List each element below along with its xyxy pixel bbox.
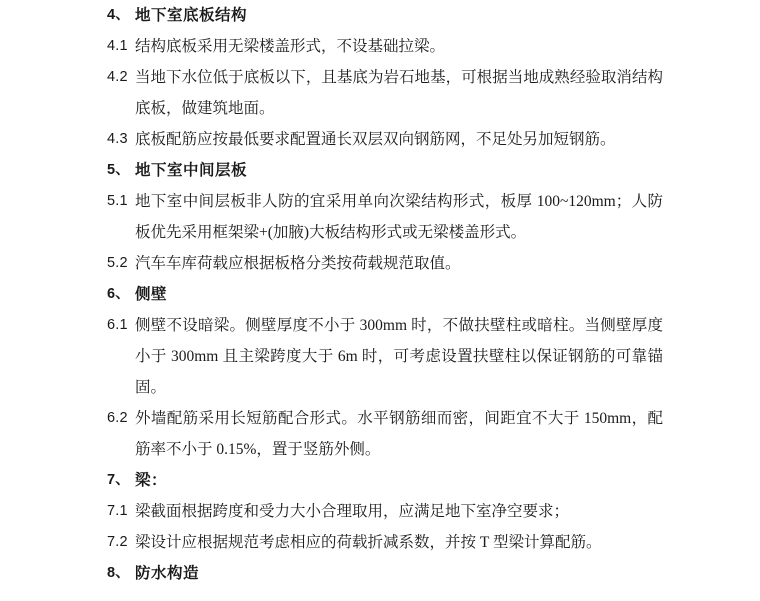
section-title: 地下室中间层板 (135, 155, 663, 186)
clause-row: 5.1地下室中间层板非人防的宜采用单向次梁结构形式，板厚 100~120mm；人… (107, 186, 663, 248)
clause-number: 6.1 (107, 310, 135, 341)
clause-number: 6.2 (107, 403, 135, 434)
section-heading: 8、防水构造 (107, 558, 663, 589)
section-title: 地下室底板结构 (135, 0, 663, 31)
clause-row: 4.2当地下水位低于底板以下，且基底为岩石地基，可根据当地成熟经验取消结构底板，… (107, 62, 663, 124)
clause-number: 5.2 (107, 248, 135, 279)
clause-number: 4.1 (107, 31, 135, 62)
section-number: 8、 (107, 558, 135, 589)
clause-row: 6.1侧壁不设暗梁。侧壁厚度不小于 300mm 时，不做扶壁柱或暗柱。当侧壁厚度… (107, 310, 663, 403)
clause-text: 地下室中间层板非人防的宜采用单向次梁结构形式，板厚 100~120mm；人防板优… (135, 186, 663, 248)
clause-text: 汽车车库荷载应根据板格分类按荷载规范取值。 (135, 248, 663, 279)
clause-row: 6.2外墙配筋采用长短筋配合形式。水平钢筋细而密，间距宜不大于 150mm，配筋… (107, 403, 663, 465)
clause-number: 7.1 (107, 496, 135, 527)
section-title: 侧壁 (135, 279, 663, 310)
clause-text: 侧壁不设暗梁。侧壁厚度不小于 300mm 时，不做扶壁柱或暗柱。当侧壁厚度小于 … (135, 310, 663, 403)
section-heading: 5、地下室中间层板 (107, 155, 663, 186)
clause-text: 梁截面根据跨度和受力大小合理取用，应满足地下室净空要求； (135, 496, 663, 527)
clause-row: 4.1结构底板采用无梁楼盖形式，不设基础拉梁。 (107, 31, 663, 62)
section-title: 防水构造 (135, 558, 663, 589)
section-number: 4、 (107, 0, 135, 31)
clause-row: 7.1梁截面根据跨度和受力大小合理取用，应满足地下室净空要求； (107, 496, 663, 527)
section-number: 7、 (107, 465, 135, 496)
clause-row: 7.2梁设计应根据规范考虑相应的荷载折减系数，并按 T 型梁计算配筋。 (107, 527, 663, 558)
clause-number: 7.2 (107, 527, 135, 558)
document-page: 4、地下室底板结构4.1结构底板采用无梁楼盖形式，不设基础拉梁。4.2当地下水位… (0, 0, 760, 601)
clause-text: 结构底板采用无梁楼盖形式，不设基础拉梁。 (135, 31, 663, 62)
clause-number: 4.3 (107, 124, 135, 155)
section-heading: 6、侧壁 (107, 279, 663, 310)
section-heading: 7、梁： (107, 465, 663, 496)
section-title: 梁： (135, 465, 663, 496)
clause-row: 5.2汽车车库荷载应根据板格分类按荷载规范取值。 (107, 248, 663, 279)
clause-text: 底板配筋应按最低要求配置通长双层双向钢筋网，不足处另加短钢筋。 (135, 124, 663, 155)
clause-number: 5.1 (107, 186, 135, 217)
section-number: 6、 (107, 279, 135, 310)
section-number: 5、 (107, 155, 135, 186)
clause-text: 梁设计应根据规范考虑相应的荷载折减系数，并按 T 型梁计算配筋。 (135, 527, 663, 558)
clause-row: 4.3底板配筋应按最低要求配置通长双层双向钢筋网，不足处另加短钢筋。 (107, 124, 663, 155)
document-content: 4、地下室底板结构4.1结构底板采用无梁楼盖形式，不设基础拉梁。4.2当地下水位… (107, 0, 663, 589)
section-heading: 4、地下室底板结构 (107, 0, 663, 31)
clause-text: 外墙配筋采用长短筋配合形式。水平钢筋细而密，间距宜不大于 150mm，配筋率不小… (135, 403, 663, 465)
clause-number: 4.2 (107, 62, 135, 93)
clause-text: 当地下水位低于底板以下，且基底为岩石地基，可根据当地成熟经验取消结构底板，做建筑… (135, 62, 663, 124)
